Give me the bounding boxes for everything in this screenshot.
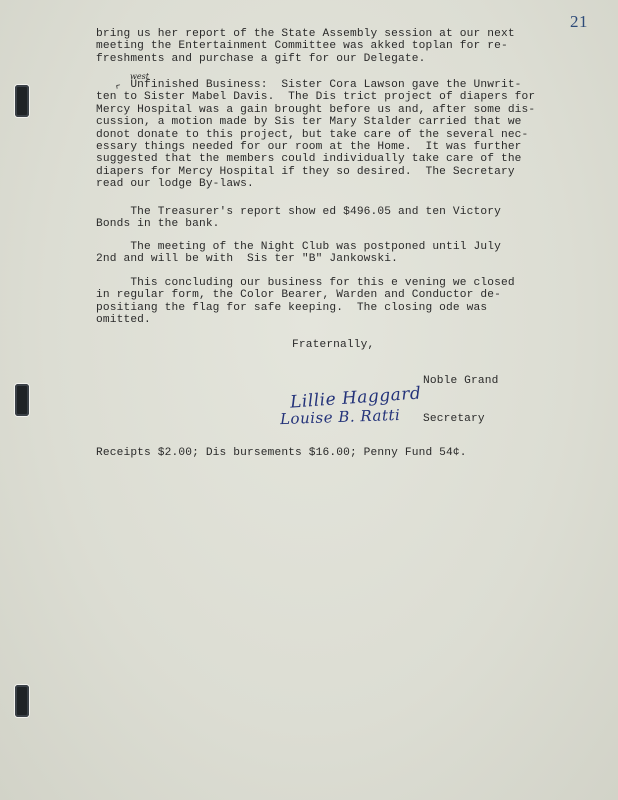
noble-grand-title: Noble Grand	[423, 375, 499, 387]
page-number: 21	[570, 12, 588, 32]
paragraph-unfinished-business: Unfinished Business: Sister Cora Lawson …	[96, 79, 535, 191]
paragraph-treasurer-report: The Treasurer's report show ed $496.05 a…	[96, 206, 501, 231]
paragraph-assembly-report: bring us her report of the State Assembl…	[96, 28, 515, 65]
secretary-signature: Louise B. Ratti	[280, 406, 401, 428]
salutation: Fraternally,	[292, 339, 374, 351]
binder-hole-top	[15, 85, 29, 117]
financial-summary: Receipts $2.00; Dis bursements $16.00; P…	[96, 447, 467, 459]
secretary-title: Secretary	[423, 413, 485, 425]
binder-hole-middle	[15, 384, 29, 416]
paragraph-closing: This concluding our business for this e …	[96, 277, 515, 327]
binder-hole-bottom	[15, 685, 29, 717]
paragraph-night-club: The meeting of the Night Club was postpo…	[96, 241, 501, 266]
document-page: 21 bring us her report of the State Asse…	[0, 0, 618, 800]
